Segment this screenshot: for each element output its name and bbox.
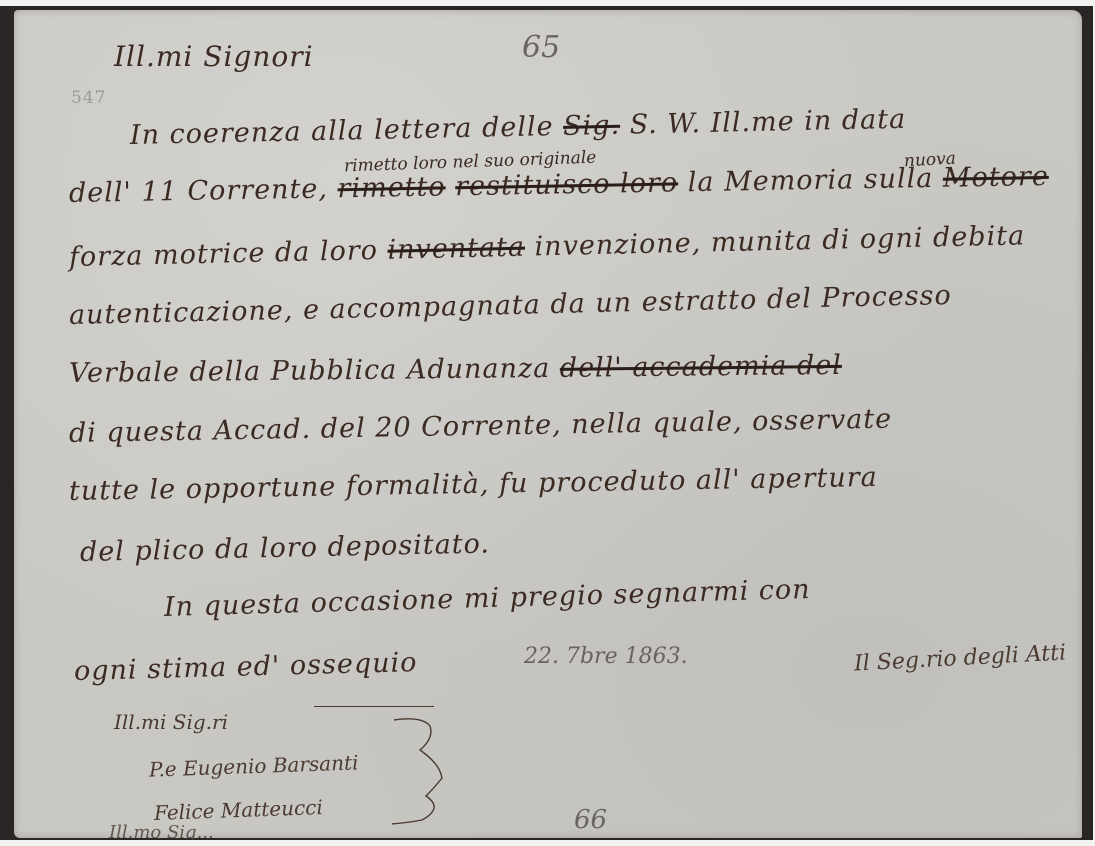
scan-margin [0, 840, 1095, 846]
archive-stamp: 547 [71, 88, 106, 108]
closing-signature: Il Seg.rio degli Atti [853, 640, 1066, 676]
text-line-7: tutte le opportune formalità, fu procedu… [69, 462, 878, 507]
folio-number-top: 65 [522, 30, 560, 65]
line-2-segment: dell' 11 Corrente, [69, 173, 338, 209]
deleted-word: rimetto [337, 171, 446, 204]
deleted-word: dell' accademia del [560, 350, 842, 384]
text-line-8: del plico da loro depositato. [80, 528, 491, 568]
line-3-segment: forza motrice da loro [69, 235, 388, 273]
line-10-segment: ogni stima ed' ossequio [74, 647, 418, 687]
letter-date: 22. 7bre 1863. [524, 644, 688, 669]
addressee-heading: Ill.mi Sig.ri [114, 710, 228, 734]
text-line-9: In questa occasione mi pregio segnarmi c… [164, 574, 811, 623]
deleted-word: Sig. [563, 110, 621, 142]
line-3-segment: invenzione, munita di ogni debita [525, 220, 1026, 262]
deleted-word: inventata [387, 232, 525, 266]
line-4-segment: autenticazione, e accompagnata da un est… [69, 280, 952, 331]
text-line-6: di questa Accad. del 20 Corrente, nella … [69, 404, 893, 449]
text-line-3: forza motrice da loro inventata invenzio… [69, 220, 1026, 273]
line-9-segment: In questa occasione mi pregio segnarmi c… [164, 574, 811, 623]
text-line-1: In coerenza alla lettera delle Sig. S. W… [130, 104, 907, 151]
deleted-word: Motore [943, 161, 1049, 194]
addressee-matteucci: Felice Matteucci [154, 795, 324, 825]
line-8-segment: del plico da loro depositato. [80, 528, 491, 568]
text-line-4: autenticazione, e accompagnata da un est… [69, 280, 952, 331]
line-5-segment: Verbale della Pubblica Adunanza [69, 353, 560, 389]
folio-number-bottom: 66 [574, 805, 607, 835]
line-2-segment: la Memoria sulla [678, 163, 943, 199]
line-1-segment: S. W. Ill.me in data [620, 104, 907, 141]
deleted-word: restituisco loro [455, 167, 678, 202]
line-7-segment: tutte le opportune formalità, fu procedu… [69, 462, 878, 507]
text-line-5: Verbale della Pubblica Adunanza dell' ac… [69, 350, 842, 389]
text-line-10: ogni stima ed' ossequio [74, 647, 418, 687]
salutation: Ill.mi Signori [114, 40, 314, 73]
underline-stroke [314, 706, 434, 707]
manuscript-page: 547 65 Ill.mi Signori In coerenza alla l… [14, 10, 1082, 838]
addressee-barsanti: P.e Eugenio Barsanti [149, 750, 359, 781]
line-6-segment: di questa Accad. del 20 Corrente, nella … [69, 404, 893, 449]
line-1-segment: In coerenza alla lettera delle [130, 111, 564, 151]
curly-brace-icon [392, 716, 452, 826]
